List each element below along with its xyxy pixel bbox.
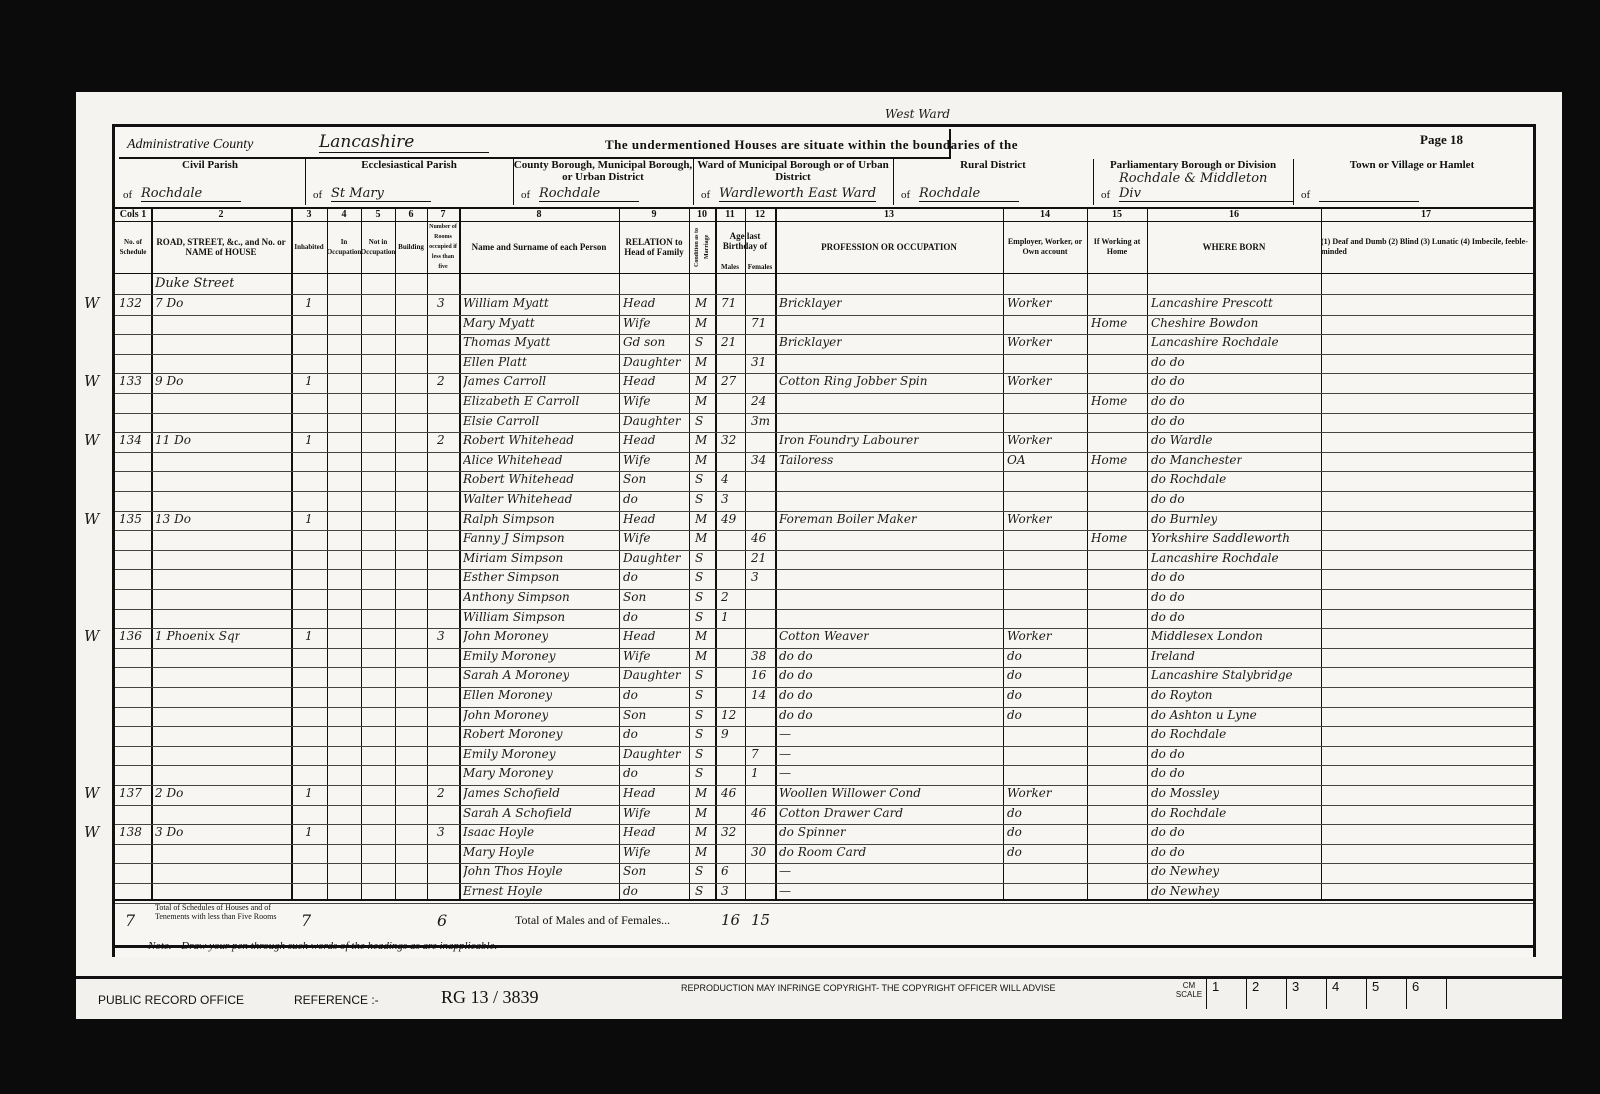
marital-condition: S (695, 727, 703, 741)
civil-parish-label: Civil Parish (115, 159, 305, 171)
person-name: William Simpson (463, 610, 565, 624)
address: 2 Do (155, 786, 183, 800)
cm-scale-label: CM SCALE (1174, 981, 1204, 999)
header-females: Females (745, 261, 775, 273)
inhabited-total: 7 (301, 911, 311, 930)
street-heading-row: Duke Street (115, 274, 1533, 295)
occupation: Cotton Weaver (779, 629, 869, 643)
relation: do (623, 492, 638, 506)
female-age: 46 (751, 806, 766, 820)
relation: Son (623, 472, 646, 486)
marital-condition: S (695, 335, 703, 349)
working-at-home: Home (1091, 394, 1127, 408)
person-name: Walter Whitehead (463, 492, 572, 506)
occupation: Cotton Drawer Card (779, 806, 903, 820)
birthplace: do do (1151, 610, 1185, 624)
table-row: Walter WhiteheaddoS3do do (115, 491, 1533, 512)
marital-condition: M (695, 394, 707, 408)
reference-label: REFERENCE :- (294, 993, 379, 1007)
birthplace: do do (1151, 590, 1185, 604)
civil-parish: Civil Parish of Rochdale (115, 159, 306, 205)
schedule-number: 137 (119, 786, 142, 800)
county-borough: County Borough, Municipal Borough, or Ur… (513, 159, 694, 205)
schedule-number: 138 (119, 825, 142, 839)
table-row: Sarah A MoroneyDaughterS16do dodoLancash… (115, 667, 1533, 688)
female-age: 1 (751, 766, 759, 780)
occupation: — (779, 727, 791, 741)
male-age: 49 (721, 512, 736, 526)
marital-condition: M (695, 531, 707, 545)
rooms-count: 2 (437, 786, 445, 800)
employment-status: Worker (1007, 374, 1052, 388)
male-age: 46 (721, 786, 736, 800)
record-office: PUBLIC RECORD OFFICE (98, 993, 244, 1007)
birthplace: do do (1151, 747, 1185, 761)
employment-status: Worker (1007, 786, 1052, 800)
col-num: 6 (395, 209, 427, 220)
copyright-notice: REPRODUCTION MAY INFRINGE COPYRIGHT- THE… (681, 983, 1056, 993)
inhabited-count: 1 (305, 433, 313, 447)
table-row: Robert MoroneydoS9—do Rochdale (115, 726, 1533, 747)
birthplace: do Newhey (1151, 884, 1219, 898)
marital-condition: M (695, 355, 707, 369)
marital-condition: M (695, 296, 707, 310)
person-name: James Schofield (463, 786, 560, 800)
table-row: Emily MoroneyWifeM38do dodoIreland (115, 648, 1533, 669)
address: 7 Do (155, 296, 183, 310)
female-age: 21 (751, 551, 766, 565)
civil-parish-value: Rochdale (141, 186, 241, 202)
address: 13 Do (155, 512, 191, 526)
margin-mark: W (84, 627, 99, 645)
reference-number: RG 13 / 3839 (441, 987, 539, 1008)
street-heading: Duke Street (155, 276, 234, 291)
birthplace: do Rochdale (1151, 472, 1226, 486)
of-label: of (1301, 189, 1310, 201)
rooms-total: 6 (437, 911, 447, 930)
ward-label: Ward of Municipal Borough or of Urban Di… (693, 159, 893, 183)
town-village-label: Town or Village or Hamlet (1293, 159, 1531, 171)
occupation: Iron Foundry Labourer (779, 433, 919, 447)
birthplace: Cheshire Bowdon (1151, 316, 1258, 330)
females-total: 15 (751, 911, 770, 929)
marital-condition: S (695, 688, 703, 702)
male-age: 1 (721, 610, 729, 624)
header-infirmities: (1) Deaf and Dumb (2) Blind (3) Lunatic … (1321, 221, 1531, 273)
birthplace: do do (1151, 845, 1185, 859)
table-row: Robert WhiteheadSonS4do Rochdale (115, 471, 1533, 492)
marital-condition: M (695, 806, 707, 820)
table-row: 1339 Do12James CarrollHeadM27Cotton Ring… (115, 373, 1533, 394)
person-name: Robert Whitehead (463, 433, 574, 447)
col-num: 10 (689, 209, 715, 220)
marital-condition: M (695, 316, 707, 330)
person-name: Elizabeth E Carroll (463, 394, 579, 408)
col-num: 4 (327, 209, 361, 220)
marital-condition: S (695, 610, 703, 624)
female-age: 14 (751, 688, 766, 702)
schedule-number: 134 (119, 433, 142, 447)
person-name: Emily Moroney (463, 747, 556, 761)
employment-status: do (1007, 668, 1022, 682)
female-age: 34 (751, 453, 766, 467)
occupation: — (779, 864, 791, 878)
margin-mark: W (84, 294, 99, 312)
birthplace: do do (1151, 492, 1185, 506)
person-name: Ellen Platt (463, 355, 527, 369)
relation: do (623, 610, 638, 624)
marital-condition: S (695, 864, 703, 878)
table-row: Sarah A SchofieldWifeM46Cotton Drawer Ca… (115, 805, 1533, 826)
ecclesiastical-parish: Ecclesiastical Parish of St Mary (305, 159, 514, 205)
male-age: 27 (721, 374, 736, 388)
rural-district: Rural District of Rochdale (893, 159, 1094, 205)
rooms-count: 2 (437, 433, 445, 447)
header-not-in-occupation: Not in Occupation (361, 221, 395, 273)
administrative-county-label: Administrative County (127, 137, 253, 153)
scale-mark: 4 (1326, 979, 1366, 1009)
occupation: do do (779, 708, 813, 722)
margin-mark: W (84, 431, 99, 449)
of-label: of (1101, 189, 1110, 201)
birthplace: do do (1151, 570, 1185, 584)
person-name: John Moroney (463, 629, 548, 643)
relation: Head (623, 629, 655, 643)
birthplace: do do (1151, 825, 1185, 839)
relation: Head (623, 825, 655, 839)
person-name: John Moroney (463, 708, 548, 722)
col-num: 12 (745, 209, 775, 220)
of-label: of (901, 189, 910, 201)
males-total: 16 (721, 911, 740, 929)
occupation: — (779, 884, 791, 898)
person-name: Ernest Hoyle (463, 884, 543, 898)
birthplace: do Wardle (1151, 433, 1213, 447)
female-age: 16 (751, 668, 766, 682)
relation: do (623, 884, 638, 898)
col-num: 17 (1321, 209, 1531, 220)
person-name: Mary Myatt (463, 316, 535, 330)
table-row: William SimpsondoS1do do (115, 609, 1533, 630)
marital-condition: S (695, 570, 703, 584)
working-at-home: Home (1091, 531, 1127, 545)
marital-condition: M (695, 786, 707, 800)
occupation: do Spinner (779, 825, 846, 839)
occupation: Foreman Boiler Maker (779, 512, 917, 526)
male-age: 3 (721, 884, 729, 898)
inhabited-count: 1 (305, 825, 313, 839)
table-row: Mary HoyleWifeM30do Room Carddodo do (115, 844, 1533, 865)
rooms-count: 2 (437, 374, 445, 388)
person-name: Isaac Hoyle (463, 825, 534, 839)
inhabited-count: 1 (305, 296, 313, 310)
relation: Daughter (623, 668, 681, 682)
female-age: 31 (751, 355, 766, 369)
rural-district-label: Rural District (893, 159, 1093, 171)
person-name: Mary Moroney (463, 766, 553, 780)
parliamentary-borough: Parliamentary Borough or Division of Roc… (1093, 159, 1294, 205)
margin-mark: W (84, 372, 99, 390)
marital-condition: M (695, 629, 707, 643)
occupation: — (779, 766, 791, 780)
birthplace: Lancashire Rochdale (1151, 551, 1279, 565)
rooms-count: 3 (437, 296, 445, 310)
person-name: Robert Whitehead (463, 472, 574, 486)
intro-text: The undermentioned Houses are situate wi… (605, 137, 1018, 153)
col-num: 3 (291, 209, 327, 220)
relation: Wife (623, 845, 651, 859)
male-age: 6 (721, 864, 729, 878)
person-name: William Myatt (463, 296, 549, 310)
header-at-home: If Working at Home (1087, 221, 1147, 273)
ward: Ward of Municipal Borough or of Urban Di… (693, 159, 894, 205)
male-age: 32 (721, 433, 736, 447)
person-name: Alice Whitehead (463, 453, 562, 467)
person-name: Esther Simpson (463, 570, 559, 584)
header-schedule-no: No. of Schedule (115, 221, 151, 273)
birthplace: do Burnley (1151, 512, 1217, 526)
occupation: do Room Card (779, 845, 866, 859)
marital-condition: M (695, 433, 707, 447)
schedules-total: 7 (125, 911, 135, 930)
birthplace: do Ashton u Lyne (1151, 708, 1257, 722)
address: 11 Do (155, 433, 191, 447)
employment-status: Worker (1007, 296, 1052, 310)
margin-mark: W (84, 510, 99, 528)
male-age: 4 (721, 472, 729, 486)
header-condition: Condition as to Marriage (689, 221, 715, 273)
relation: do (623, 727, 638, 741)
col-num: 2 (151, 209, 291, 220)
female-age: 24 (751, 394, 766, 408)
header-rooms: Number of Rooms occupied if less than fi… (427, 221, 459, 273)
header-name: Name and Surname of each Person (459, 221, 619, 273)
table-row: John Thos HoyleSonS6—do Newhey (115, 863, 1533, 884)
relation: Son (623, 590, 646, 604)
form-note: Note.—Draw your pen through such words o… (148, 940, 497, 952)
occupation: do do (779, 668, 813, 682)
marital-condition: S (695, 747, 703, 761)
relation: Wife (623, 453, 651, 467)
relation: Wife (623, 531, 651, 545)
working-at-home: Home (1091, 316, 1127, 330)
cm-scale: 1 2 3 4 5 6 (1206, 979, 1447, 1009)
person-name: Elsie Carroll (463, 414, 539, 428)
schedule-number: 133 (119, 374, 142, 388)
table-row: Ellen MoroneydoS14do dododo Royton (115, 687, 1533, 708)
males-females-label: Total of Males and of Females... (515, 913, 670, 928)
person-name: Sarah A Schofield (463, 806, 572, 820)
female-age: 3m (751, 414, 770, 428)
header-males: Males (715, 261, 745, 273)
schedule-number: 132 (119, 296, 142, 310)
ward-annotation: West Ward (885, 107, 950, 121)
birthplace: do do (1151, 414, 1185, 428)
county-borough-value: Rochdale (539, 186, 639, 202)
male-age: 71 (721, 296, 736, 310)
relation: Son (623, 864, 646, 878)
table-row: Mary MoroneydoS1—do do (115, 765, 1533, 786)
schedule-number: 135 (119, 512, 142, 526)
table-row: Elsie CarrollDaughterS3mdo do (115, 413, 1533, 434)
of-label: of (701, 189, 710, 201)
relation: do (623, 766, 638, 780)
relation: do (623, 688, 638, 702)
table-row: 1372 Do12James SchofieldHeadM46Woollen W… (115, 785, 1533, 806)
employment-status: do (1007, 688, 1022, 702)
col-num: 9 (619, 209, 689, 220)
address: 9 Do (155, 374, 183, 388)
administrative-county-value: Lancashire (319, 132, 489, 153)
female-age: 71 (751, 316, 766, 330)
birthplace: do Rochdale (1151, 727, 1226, 741)
header-road: ROAD, STREET, &c., and No. or NAME of HO… (151, 221, 291, 273)
person-name: Mary Hoyle (463, 845, 534, 859)
marital-condition: M (695, 825, 707, 839)
occupation: — (779, 747, 791, 761)
male-age: 3 (721, 492, 729, 506)
birthplace: do Newhey (1151, 864, 1219, 878)
employment-status: Worker (1007, 335, 1052, 349)
relation: Daughter (623, 551, 681, 565)
employment-status: Worker (1007, 433, 1052, 447)
birthplace: do do (1151, 355, 1185, 369)
marital-condition: M (695, 845, 707, 859)
scale-mark: 1 (1206, 979, 1246, 1009)
employment-status: Worker (1007, 512, 1052, 526)
employment-status: do (1007, 825, 1022, 839)
birthplace: do Royton (1151, 688, 1213, 702)
inhabited-count: 1 (305, 512, 313, 526)
inhabited-count: 1 (305, 786, 313, 800)
scale-mark: 3 (1286, 979, 1326, 1009)
birthplace: do do (1151, 374, 1185, 388)
employment-status: do (1007, 845, 1022, 859)
marital-condition: M (695, 649, 707, 663)
relation: Head (623, 786, 655, 800)
margin-mark: W (84, 823, 99, 841)
county-borough-label: County Borough, Municipal Borough, or Ur… (513, 159, 693, 183)
col-num: 5 (361, 209, 395, 220)
relation: Daughter (623, 414, 681, 428)
occupation: Tailoress (779, 453, 833, 467)
relation: Head (623, 374, 655, 388)
parliamentary-borough-label: Parliamentary Borough or Division (1093, 159, 1293, 171)
person-name: John Thos Hoyle (463, 864, 563, 878)
birthplace: Lancashire Stalybridge (1151, 668, 1293, 682)
employment-status: do (1007, 708, 1022, 722)
marital-condition: S (695, 708, 703, 722)
relation: Head (623, 512, 655, 526)
male-age: 21 (721, 335, 736, 349)
town-village-value (1319, 201, 1419, 202)
table-row: 1327 Do13William MyattHeadM71BricklayerW… (115, 295, 1533, 316)
occupation: Cotton Ring Jobber Spin (779, 374, 927, 388)
relation: Wife (623, 316, 651, 330)
header-relation: RELATION to Head of Family (619, 221, 689, 273)
male-age: 32 (721, 825, 736, 839)
table-row: 1383 Do13Isaac HoyleHeadM32do Spinnerdod… (115, 824, 1533, 845)
working-at-home: Home (1091, 453, 1127, 467)
scale-mark: 5 (1366, 979, 1406, 1009)
table-row: 13513 Do1Ralph SimpsonHeadM49Foreman Boi… (115, 511, 1533, 532)
table-row: Esther SimpsondoS3do do (115, 569, 1533, 590)
relation: Wife (623, 394, 651, 408)
relation: Gd son (623, 335, 665, 349)
marital-condition: S (695, 668, 703, 682)
male-age: 12 (721, 708, 736, 722)
relation: Head (623, 433, 655, 447)
person-name: Robert Moroney (463, 727, 563, 741)
female-age: 3 (751, 570, 759, 584)
col-num: 16 (1147, 209, 1321, 220)
col-num: 8 (459, 209, 619, 220)
col-num: 13 (775, 209, 1003, 220)
birthplace: Ireland (1151, 649, 1195, 663)
table-row: Mary MyattWifeM71HomeCheshire Bowdon (115, 315, 1533, 336)
header-occupation: PROFESSION OR OCCUPATION (775, 221, 1003, 273)
marital-condition: S (695, 884, 703, 898)
person-name: Ellen Moroney (463, 688, 552, 702)
male-age: 9 (721, 727, 729, 741)
occupation: Bricklayer (779, 296, 842, 310)
table-row: Miriam SimpsonDaughterS21Lancashire Roch… (115, 550, 1533, 571)
occupation: do do (779, 649, 813, 663)
table-row: Alice WhiteheadWifeM34TailoressOAHomedo … (115, 452, 1533, 473)
header-in-occupation: In Occupation (327, 221, 361, 273)
person-name: Sarah A Moroney (463, 668, 569, 682)
occupation: do do (779, 688, 813, 702)
relation: Daughter (623, 747, 681, 761)
col-num: 7 (427, 209, 459, 220)
scale-mark: 6 (1406, 979, 1447, 1009)
table-row: Emily MoroneyDaughterS7—do do (115, 746, 1533, 767)
col-num: 15 (1087, 209, 1147, 220)
scale-mark: 2 (1246, 979, 1286, 1009)
relation: Head (623, 296, 655, 310)
marital-condition: M (695, 512, 707, 526)
schedules-total-label: Total of Schedules of Houses and of Tene… (155, 903, 287, 921)
relation: Wife (623, 649, 651, 663)
inhabited-count: 1 (305, 374, 313, 388)
rooms-count: 3 (437, 629, 445, 643)
table-row: Elizabeth E CarrollWifeM24Homedo do (115, 393, 1533, 414)
person-name: Miriam Simpson (463, 551, 563, 565)
birthplace: Lancashire Rochdale (1151, 335, 1279, 349)
town-village: Town or Village or Hamlet of (1293, 159, 1531, 205)
table-row: 1361 Phoenix Sqr13John MoroneyHeadMCotto… (115, 628, 1533, 649)
female-age: 46 (751, 531, 766, 545)
table-row: Anthony SimpsonSonS2do do (115, 589, 1533, 610)
marital-condition: M (695, 374, 707, 388)
birthplace: do Rochdale (1151, 806, 1226, 820)
employment-status: do (1007, 649, 1022, 663)
header-where-born: WHERE BORN (1147, 221, 1321, 273)
marital-condition: S (695, 766, 703, 780)
of-label: of (521, 189, 530, 201)
rural-district-value: Rochdale (919, 186, 1019, 202)
ecclesiastical-parish-value: St Mary (331, 186, 431, 202)
rooms-count: 3 (437, 825, 445, 839)
relation: Son (623, 708, 646, 722)
archive-footer: PUBLIC RECORD OFFICE REFERENCE :- RG 13 … (76, 976, 1562, 1019)
of-label: of (123, 189, 132, 201)
address: 3 Do (155, 825, 183, 839)
relation: Daughter (623, 355, 681, 369)
birthplace: do do (1151, 766, 1185, 780)
header-inhabited: Inhabited (291, 221, 327, 273)
female-age: 7 (751, 747, 759, 761)
